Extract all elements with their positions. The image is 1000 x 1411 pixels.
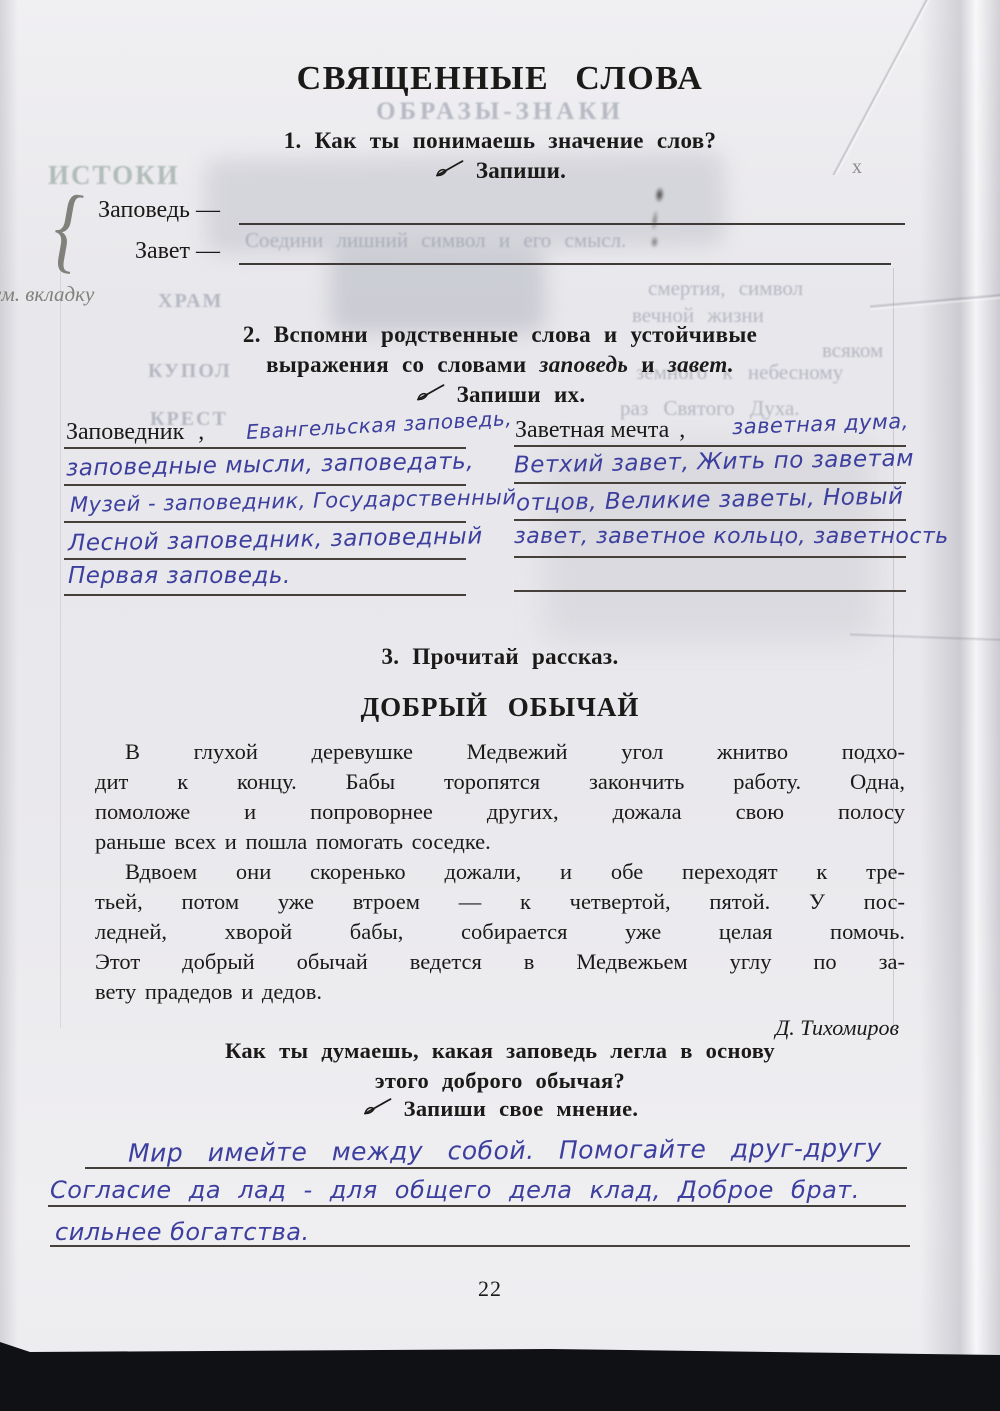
paper-crease xyxy=(870,288,1000,314)
task2-heading-line2: выражения со словами заповедь и завет. xyxy=(0,352,1000,378)
ruled-line xyxy=(64,484,466,486)
right-column-label: Заветная мечта, xyxy=(515,417,685,444)
bleedthrough-text: Соедини лишний символ и его смысл. xyxy=(245,228,626,253)
story-paragraph-line: В глухой деревушке Медвежий угол жнитво … xyxy=(95,737,905,767)
page-title: СВЯЩЕННЫЕ СЛОВА xyxy=(0,60,1000,98)
task3-heading: 3. Прочитай рассказ. xyxy=(0,644,1000,670)
page-number: 22 xyxy=(0,1276,980,1302)
task2-write-instruction: Запиши их. xyxy=(0,382,1000,408)
story-paragraph-line: тьей, потом уже втроем — к четвертой, пя… xyxy=(95,887,905,917)
ruled-line xyxy=(514,519,906,521)
story-paragraph-line: раньше всех и пошла помогать соседке. xyxy=(95,827,905,857)
task2-heading-line1: 2. Вспомни родственные слова и устойчивы… xyxy=(0,322,1000,348)
scanned-workbook-page: ОБРАЗЫ-ЗНАКИ ИСТОКИ Соедини лишний симво… xyxy=(0,0,1000,1411)
pen-icon xyxy=(434,159,464,183)
question-instruction-label: Запиши свое мнение. xyxy=(404,1096,639,1122)
handwriting-answer-line: сильнее богатства. xyxy=(55,1218,310,1246)
task1-write-instruction: Запиши. xyxy=(0,158,1000,184)
story-paragraph-line: Вдвоем они скоренько дожали, и обе перех… xyxy=(95,857,905,887)
story-paragraph-line: помоложе и попроворнее других, дожала св… xyxy=(95,797,905,827)
story-paragraph-line: Этот добрый обычай ведется в Медвежьем у… xyxy=(95,947,905,977)
ruled-line xyxy=(64,594,466,596)
story-paragraph-line: вету прадедов и дедов. xyxy=(95,977,905,1007)
ruled-line xyxy=(514,590,906,592)
bleedthrough-text: ОБРАЗЫ-ЗНАКИ xyxy=(0,98,1000,126)
question-line2: этого доброго обычая? xyxy=(0,1068,1000,1094)
pen-icon xyxy=(415,383,445,407)
pen-icon xyxy=(362,1097,392,1121)
story-paragraph-line: дит к концу. Бабы торопятся закончить ра… xyxy=(95,767,905,797)
story-title: ДОБРЫЙ ОБЫЧАЙ xyxy=(0,692,1000,723)
scanner-edge xyxy=(0,1340,1000,1411)
handwriting-answer-line: Согласие да лад - для общего дела клад, … xyxy=(50,1176,860,1204)
ruled-line xyxy=(64,558,466,560)
ruled-line xyxy=(239,263,891,265)
ruled-line xyxy=(514,556,906,558)
left-column-label: Заповедник, xyxy=(66,419,204,446)
handwriting-line: завет, заветное кольцо, заветность xyxy=(514,524,949,549)
bleedthrough-text: смертия, символ xyxy=(648,276,803,301)
ruled-line xyxy=(64,521,466,523)
bleedthrough-artifact xyxy=(330,248,545,333)
field-label-zapoved: Заповедь — xyxy=(62,197,220,224)
handwriting-line: Первая заповедь. xyxy=(68,563,291,589)
margin-note: см. вкладку xyxy=(0,282,94,307)
handwriting-line: заветная дума, xyxy=(732,409,910,439)
italic-term: заповедь xyxy=(539,352,628,377)
field-label-zavet: Завет — xyxy=(62,238,220,265)
task1-heading: 1. Как ты понимаешь значение слов? xyxy=(0,128,1000,154)
ruled-line xyxy=(239,223,905,225)
task1-instruction-label: Запиши. xyxy=(476,158,566,184)
bleedthrough-text: ХРАМ xyxy=(158,290,223,313)
ruled-line xyxy=(48,1205,906,1207)
question-write-instruction: Запиши свое мнение. xyxy=(0,1096,1000,1122)
ruled-line xyxy=(64,447,466,449)
handwriting-line: Лесной заповедник, заповедный xyxy=(68,523,483,556)
story-text: В глухой деревушке Медвежий угол жнитво … xyxy=(95,737,905,1041)
italic-term: завет. xyxy=(668,352,734,377)
story-paragraph-line: ледней, хворой бабы, собирается уже цела… xyxy=(95,917,905,947)
handwriting-answer-line: Мир имейте между собой. Помогайте друг-д… xyxy=(128,1133,882,1167)
ruled-line xyxy=(514,482,906,484)
handwriting-line: заповедные мысли, заповедать, xyxy=(66,448,474,481)
handwriting-line: Музей - заповедник, Государственный xyxy=(70,485,517,517)
task2-instruction-label: Запиши их. xyxy=(457,382,586,408)
ruled-line xyxy=(85,1167,907,1169)
question-line1: Как ты думаешь, какая заповедь легла в о… xyxy=(0,1038,1000,1064)
handwriting-line: Евангельская заповедь, xyxy=(246,406,513,444)
